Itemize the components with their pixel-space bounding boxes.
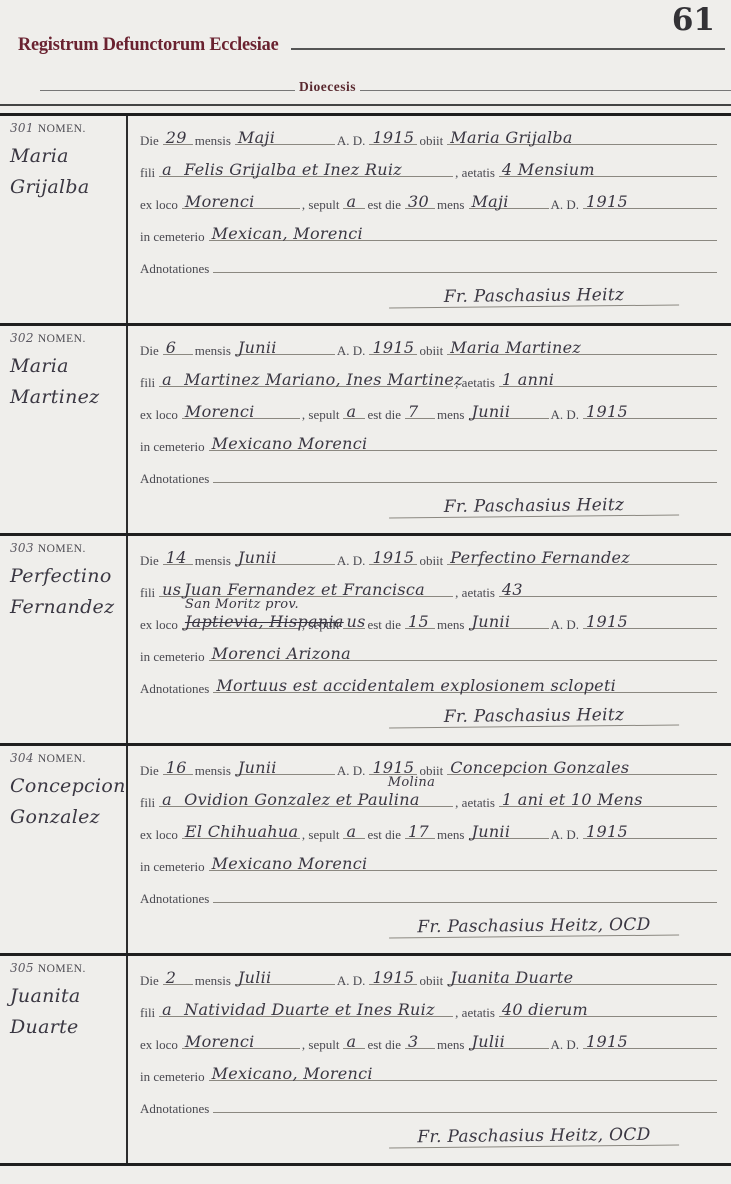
die-label: Die — [140, 973, 159, 989]
obiit-label: obiit — [419, 343, 443, 359]
nomen-label: NOMEN. — [38, 543, 86, 555]
fili-label: fili — [140, 795, 155, 811]
name-column: 305 NOMEN. Juanita Duarte — [0, 956, 128, 1163]
death-month-field: Junii — [235, 336, 335, 355]
parents-field: Natividad Duarte et Ines Ruiz — [181, 998, 453, 1017]
death-year-field: 1915 — [369, 336, 417, 355]
death-year-field: 1915 — [369, 966, 417, 985]
priest-signature: Fr. Paschasius Heitz — [389, 704, 679, 728]
sepult-suffix-value: us — [346, 612, 365, 631]
death-day-value: 16 — [166, 758, 187, 777]
sepult-suffix-value: a — [346, 402, 356, 421]
cemetery-value: Morenci Arizona — [212, 644, 351, 663]
sepult-suffix-field: a — [343, 820, 365, 839]
decedent-field: Juanita Duarte — [447, 966, 717, 985]
in-cemeterio-label: in cemeterio — [140, 649, 205, 665]
nomen-row: 305 NOMEN. — [10, 961, 122, 975]
age-value: 43 — [502, 580, 523, 599]
sepult-suffix-value: a — [346, 1032, 356, 1051]
register-entry: 303 NOMEN. Perfectino Fernandez Die 14 m… — [0, 536, 731, 746]
entry-number: 301 — [10, 121, 34, 135]
entries-container: 301 NOMEN. Maria Grijalba Die 29 mensis … — [0, 116, 731, 1166]
burial-year-value: 1915 — [586, 1032, 628, 1051]
death-date-row: Die 14 mensis Junii A. D. 1915 obiit Per… — [138, 546, 717, 578]
register-entry: 305 NOMEN. Juanita Duarte Die 2 mensis J… — [0, 956, 731, 1166]
entry-number: 304 — [10, 751, 34, 765]
death-day-field: 2 — [163, 966, 193, 985]
nomen-row: 303 NOMEN. — [10, 541, 122, 555]
register-entry: 301 NOMEN. Maria Grijalba Die 29 mensis … — [0, 116, 731, 326]
decedent-value: Maria Martinez — [450, 338, 581, 357]
death-year-value: 1915 — [372, 338, 414, 357]
sepult-suffix-field: a — [343, 1030, 365, 1049]
ex-loco-value: Morenci — [185, 1032, 255, 1051]
ad-label: A. D. — [337, 763, 366, 779]
mens-label: mens — [437, 827, 464, 843]
sepult-label: , sepult — [302, 1037, 340, 1053]
ex-loco-value: El Chihuahua — [185, 822, 298, 841]
burial-row: ex loco El Chihuahua , sepult a est die … — [138, 820, 717, 852]
death-month-field: Maji — [235, 126, 335, 145]
death-day-value: 6 — [166, 338, 176, 357]
annotations-field — [213, 1094, 717, 1113]
sepult-label: , sepult — [302, 407, 340, 423]
ex-loco-value: Morenci — [185, 192, 255, 211]
name-column: 302 NOMEN. Maria Martinez — [0, 326, 128, 533]
death-day-field: 16 — [163, 756, 193, 775]
parents-field: Juan Fernandez et Francisca — [181, 578, 453, 597]
decedent-first-name: Maria — [10, 141, 122, 172]
in-cemeterio-label: in cemeterio — [140, 1069, 205, 1085]
decedent-last-name: Fernandez — [10, 592, 122, 623]
ad-label: A. D. — [337, 553, 366, 569]
sepult-label: , sepult — [302, 827, 340, 843]
burial-day-value: 7 — [408, 402, 418, 421]
ad-label: A. D. — [337, 973, 366, 989]
death-day-value: 2 — [166, 968, 176, 987]
ex-loco-label: ex loco — [140, 407, 178, 423]
death-year-value: 1915 — [372, 968, 414, 987]
burial-year-field: 1915 — [583, 1030, 717, 1049]
decedent-value: Juanita Duarte — [450, 968, 573, 987]
burial-month-field: Maji — [469, 190, 549, 209]
sepult-suffix-value: a — [346, 192, 356, 211]
sepult-suffix-field: a — [343, 190, 365, 209]
diocese-trail-line — [360, 78, 731, 91]
parents-value: Felis Grijalba et Inez Ruiz — [184, 160, 402, 179]
burial-day-value: 30 — [408, 192, 429, 211]
annotations-value: Mortuus est accidentalem explosionem scl… — [216, 676, 616, 695]
mensis-label: mensis — [195, 133, 231, 149]
parents-value: Martinez Mariano, Ines Martinez — [184, 370, 463, 389]
fili-label: fili — [140, 165, 155, 181]
mensis-label: mensis — [195, 553, 231, 569]
death-day-field: 6 — [163, 336, 193, 355]
signature-row: Fr. Paschasius Heitz, OCD — [138, 916, 717, 950]
ex-loco-field: Morenci — [182, 400, 300, 419]
diocese-row: Dioecesis — [40, 78, 731, 95]
death-day-value: 14 — [166, 548, 187, 567]
page-number: 61 — [672, 2, 715, 38]
ex-loco-field: El Chihuahua — [182, 820, 300, 839]
burial-year-field: 1915 — [583, 820, 717, 839]
death-month-field: Junii — [235, 756, 335, 775]
age-value: 40 dierum — [502, 1000, 588, 1019]
death-day-value: 29 — [166, 128, 187, 147]
obiit-label: obiit — [419, 553, 443, 569]
aetatis-label: , aetatis — [455, 795, 495, 811]
death-year-value: 1915 — [372, 128, 414, 147]
adnotationes-label: Adnotationes — [140, 891, 209, 907]
decedent-last-name: Gonzalez — [10, 802, 122, 833]
in-cemeterio-label: in cemeterio — [140, 439, 205, 455]
burial-day-field: 17 — [405, 820, 435, 839]
adnotationes-label: Adnotationes — [140, 681, 209, 697]
decedent-first-name: Juanita — [10, 981, 122, 1012]
burial-month-value: Junii — [472, 822, 511, 841]
burial-month-value: Junii — [472, 402, 511, 421]
fili-suffix-field: a — [159, 998, 181, 1017]
death-month-value: Maji — [238, 128, 275, 147]
adnotationes-label: Adnotationes — [140, 471, 209, 487]
decedent-value: Concepcion Gonzales — [450, 758, 629, 777]
ex-loco-label: ex loco — [140, 617, 178, 633]
burial-year-value: 1915 — [586, 612, 628, 631]
diocese-label: Dioecesis — [299, 79, 356, 95]
age-field: 40 dierum — [499, 998, 717, 1017]
cemetery-row: in cemeterio Mexicano Morenci — [138, 432, 717, 464]
annotations-field — [213, 254, 717, 273]
decedent-value: Maria Grijalba — [450, 128, 572, 147]
record-column: Die 6 mensis Junii A. D. 1915 obiit Mari… — [128, 326, 731, 533]
death-year-field: 1915 — [369, 546, 417, 565]
burial-row: ex loco Morenci , sepult a est die 3 men… — [138, 1030, 717, 1062]
fili-label: fili — [140, 1005, 155, 1021]
mens-label: mens — [437, 407, 464, 423]
fili-suffix-field: a — [159, 368, 181, 387]
fili-suffix-value: a — [162, 1000, 172, 1019]
age-field: 4 Mensium — [499, 158, 717, 177]
est-die-label: est die — [367, 197, 401, 213]
burial-row: ex loco Japtievia, HispaniaSan Moritz pr… — [138, 610, 717, 642]
parents-value: Natividad Duarte et Ines Ruiz — [184, 1000, 435, 1019]
record-column: Die 2 mensis Julii A. D. 1915 obiit Juan… — [128, 956, 731, 1163]
ex-loco-label: ex loco — [140, 827, 178, 843]
die-label: Die — [140, 553, 159, 569]
decedent-last-name: Martinez — [10, 382, 122, 413]
decedent-value: Perfectino Fernandez — [450, 548, 630, 567]
parents-row: fili a Felis Grijalba et Inez Ruiz , aet… — [138, 158, 717, 190]
burial-month-value: Maji — [472, 192, 509, 211]
burial-month-field: Junii — [469, 820, 549, 839]
death-day-field: 29 — [163, 126, 193, 145]
signature-row: Fr. Paschasius Heitz — [138, 496, 717, 530]
death-year-value: 1915 — [372, 548, 414, 567]
adnotationes-label: Adnotationes — [140, 1101, 209, 1117]
fili-suffix-value: a — [162, 160, 172, 179]
death-month-value: Julii — [238, 968, 272, 987]
parents-interline-note: Molina — [388, 775, 435, 809]
obiit-label: obiit — [419, 973, 443, 989]
burial-day-value: 17 — [408, 822, 429, 841]
fili-label: fili — [140, 375, 155, 391]
ad-label: A. D. — [337, 343, 366, 359]
nomen-row: 301 NOMEN. — [10, 121, 122, 135]
ex-loco-field: Morenci — [182, 1030, 300, 1049]
header-double-rule — [0, 104, 731, 116]
age-value: 4 Mensium — [502, 160, 595, 179]
fili-suffix-value: a — [162, 370, 172, 389]
cemetery-field: Morenci Arizona — [209, 642, 717, 661]
fili-suffix-field: us — [159, 578, 181, 597]
fili-suffix-value: a — [162, 790, 172, 809]
sepult-suffix-value: a — [346, 822, 356, 841]
signature-row: Fr. Paschasius Heitz, OCD — [138, 1126, 717, 1160]
priest-signature: Fr. Paschasius Heitz, OCD — [389, 914, 679, 938]
mensis-label: mensis — [195, 973, 231, 989]
decedent-field: Maria Martinez — [447, 336, 717, 355]
death-month-value: Junii — [238, 758, 277, 777]
annotations-row: Adnotationes — [138, 254, 717, 286]
decedent-first-name: Maria — [10, 351, 122, 382]
cemetery-field: Mexicano Morenci — [209, 852, 717, 871]
burial-month-field: Julii — [469, 1030, 549, 1049]
ad2-label: A. D. — [551, 617, 580, 633]
fili-suffix-value: us — [162, 580, 181, 599]
death-month-value: Junii — [238, 548, 277, 567]
priest-signature: Fr. Paschasius Heitz, OCD — [389, 1124, 679, 1148]
cemetery-field: Mexicano Morenci — [209, 432, 717, 451]
record-column: Die 29 mensis Maji A. D. 1915 obiit Mari… — [128, 116, 731, 323]
ad2-label: A. D. — [551, 827, 580, 843]
parents-field: Martinez Mariano, Ines Martinez — [181, 368, 453, 387]
entry-number: 302 — [10, 331, 34, 345]
cemetery-value: Mexicano Morenci — [212, 434, 368, 453]
ex-loco-interline-note: San Moritz prov. — [185, 597, 299, 631]
est-die-label: est die — [367, 827, 401, 843]
name-column: 301 NOMEN. Maria Grijalba — [0, 116, 128, 323]
est-die-label: est die — [367, 1037, 401, 1053]
parents-value: Ovidion Gonzalez et Paulina — [184, 790, 420, 809]
mens-label: mens — [437, 617, 464, 633]
burial-month-value: Julii — [472, 1032, 506, 1051]
register-header: Registrum Defunctorum Ecclesiae — [18, 34, 725, 56]
ex-loco-label: ex loco — [140, 197, 178, 213]
cemetery-row: in cemeterio Mexican, Morenci — [138, 222, 717, 254]
burial-day-field: 30 — [405, 190, 435, 209]
fili-suffix-field: a — [159, 788, 181, 807]
death-month-field: Julii — [235, 966, 335, 985]
signature-row: Fr. Paschasius Heitz — [138, 286, 717, 320]
register-title: Registrum Defunctorum Ecclesiae — [18, 34, 278, 56]
ad2-label: A. D. — [551, 197, 580, 213]
est-die-label: est die — [367, 617, 401, 633]
in-cemeterio-label: in cemeterio — [140, 229, 205, 245]
decedent-field: Concepcion Gonzales — [447, 756, 717, 775]
nomen-row: 302 NOMEN. — [10, 331, 122, 345]
aetatis-label: , aetatis — [455, 585, 495, 601]
burial-year-field: 1915 — [583, 190, 717, 209]
death-month-value: Junii — [238, 338, 277, 357]
ex-loco-field: Japtievia, HispaniaSan Moritz prov. — [182, 610, 300, 629]
decedent-last-name: Grijalba — [10, 172, 122, 203]
burial-year-field: 1915 — [583, 610, 717, 629]
burial-month-field: Junii — [469, 610, 549, 629]
age-field: 43 — [499, 578, 717, 597]
death-date-row: Die 29 mensis Maji A. D. 1915 obiit Mari… — [138, 126, 717, 158]
obiit-label: obiit — [419, 133, 443, 149]
parents-field: Felis Grijalba et Inez Ruiz — [181, 158, 453, 177]
death-year-field: 1915 — [369, 126, 417, 145]
parents-field: Ovidion Gonzalez et PaulinaMolina — [181, 788, 453, 807]
priest-signature: Fr. Paschasius Heitz — [389, 284, 679, 308]
cemetery-field: Mexicano, Morenci — [209, 1062, 717, 1081]
cemetery-value: Mexicano, Morenci — [212, 1064, 373, 1083]
burial-day-field: 15 — [405, 610, 435, 629]
burial-day-field: 3 — [405, 1030, 435, 1049]
est-die-label: est die — [367, 407, 401, 423]
ad2-label: A. D. — [551, 1037, 580, 1053]
cemetery-value: Mexicano Morenci — [212, 854, 368, 873]
fili-label: fili — [140, 585, 155, 601]
register-entry: 304 NOMEN. Concepcion Gonzalez Die 16 me… — [0, 746, 731, 956]
burial-year-value: 1915 — [586, 822, 628, 841]
annotations-field — [213, 884, 717, 903]
die-label: Die — [140, 763, 159, 779]
burial-year-field: 1915 — [583, 400, 717, 419]
sepult-label: , sepult — [302, 197, 340, 213]
title-rule-line — [291, 34, 725, 50]
age-value: 1 anni — [502, 370, 554, 389]
death-day-field: 14 — [163, 546, 193, 565]
record-column: Die 16 mensis Junii A. D. 1915 obiit Con… — [128, 746, 731, 953]
death-month-field: Junii — [235, 546, 335, 565]
death-date-row: Die 2 mensis Julii A. D. 1915 obiit Juan… — [138, 966, 717, 998]
die-label: Die — [140, 343, 159, 359]
cemetery-field: Mexican, Morenci — [209, 222, 717, 241]
adnotationes-label: Adnotationes — [140, 261, 209, 277]
nomen-label: NOMEN. — [38, 963, 86, 975]
decedent-field: Maria Grijalba — [447, 126, 717, 145]
aetatis-label: , aetatis — [455, 1005, 495, 1021]
death-year-field: 1915 — [369, 756, 417, 775]
age-value: 1 ani et 10 Mens — [502, 790, 643, 809]
cemetery-row: in cemeterio Morenci Arizona — [138, 642, 717, 674]
sepult-suffix-field: a — [343, 400, 365, 419]
decedent-last-name: Duarte — [10, 1012, 122, 1043]
cemetery-row: in cemeterio Mexicano Morenci — [138, 852, 717, 884]
age-field: 1 anni — [499, 368, 717, 387]
ex-loco-field: Morenci — [182, 190, 300, 209]
annotations-row: Adnotationes — [138, 1094, 717, 1126]
annotations-row: Adnotationes — [138, 464, 717, 496]
record-column: Die 14 mensis Junii A. D. 1915 obiit Per… — [128, 536, 731, 743]
nomen-label: NOMEN. — [38, 333, 86, 345]
nomen-label: NOMEN. — [38, 753, 86, 765]
decedent-field: Perfectino Fernandez — [447, 546, 717, 565]
mensis-label: mensis — [195, 343, 231, 359]
nomen-row: 304 NOMEN. — [10, 751, 122, 765]
in-cemeterio-label: in cemeterio — [140, 859, 205, 875]
priest-signature: Fr. Paschasius Heitz — [389, 494, 679, 518]
entry-number: 305 — [10, 961, 34, 975]
ad2-label: A. D. — [551, 407, 580, 423]
mensis-label: mensis — [195, 763, 231, 779]
parents-row: fili a Natividad Duarte et Ines Ruiz , a… — [138, 998, 717, 1030]
parents-row: fili a Martinez Mariano, Ines Martinez ,… — [138, 368, 717, 400]
burial-day-value: 15 — [408, 612, 429, 631]
burial-year-value: 1915 — [586, 192, 628, 211]
ex-loco-label: ex loco — [140, 1037, 178, 1053]
mens-label: mens — [437, 197, 464, 213]
signature-row: Fr. Paschasius Heitz — [138, 706, 717, 740]
burial-day-field: 7 — [405, 400, 435, 419]
burial-year-value: 1915 — [586, 402, 628, 421]
burial-day-value: 3 — [408, 1032, 418, 1051]
burial-month-field: Junii — [469, 400, 549, 419]
burial-month-value: Junii — [472, 612, 511, 631]
burial-row: ex loco Morenci , sepult a est die 7 men… — [138, 400, 717, 432]
annotations-field — [213, 464, 717, 483]
death-date-row: Die 6 mensis Junii A. D. 1915 obiit Mari… — [138, 336, 717, 368]
mens-label: mens — [437, 1037, 464, 1053]
annotations-row: Adnotationes Mortuus est accidentalem ex… — [138, 674, 717, 706]
ex-loco-value: Morenci — [185, 402, 255, 421]
burial-row: ex loco Morenci , sepult a est die 30 me… — [138, 190, 717, 222]
name-column: 304 NOMEN. Concepcion Gonzalez — [0, 746, 128, 953]
age-field: 1 ani et 10 Mens — [499, 788, 717, 807]
nomen-label: NOMEN. — [38, 123, 86, 135]
register-entry: 302 NOMEN. Maria Martinez Die 6 mensis J… — [0, 326, 731, 536]
entry-number: 303 — [10, 541, 34, 555]
diocese-lead-line — [40, 78, 295, 91]
decedent-first-name: Perfectino — [10, 561, 122, 592]
sepult-suffix-field: us — [343, 610, 365, 629]
annotations-field: Mortuus est accidentalem explosionem scl… — [213, 674, 717, 693]
die-label: Die — [140, 133, 159, 149]
parents-row: fili a Ovidion Gonzalez et PaulinaMolina… — [138, 788, 717, 820]
annotations-row: Adnotationes — [138, 884, 717, 916]
decedent-first-name: Concepcion — [10, 771, 122, 802]
ad-label: A. D. — [337, 133, 366, 149]
cemetery-value: Mexican, Morenci — [212, 224, 363, 243]
aetatis-label: , aetatis — [455, 165, 495, 181]
fili-suffix-field: a — [159, 158, 181, 177]
cemetery-row: in cemeterio Mexicano, Morenci — [138, 1062, 717, 1094]
name-column: 303 NOMEN. Perfectino Fernandez — [0, 536, 128, 743]
